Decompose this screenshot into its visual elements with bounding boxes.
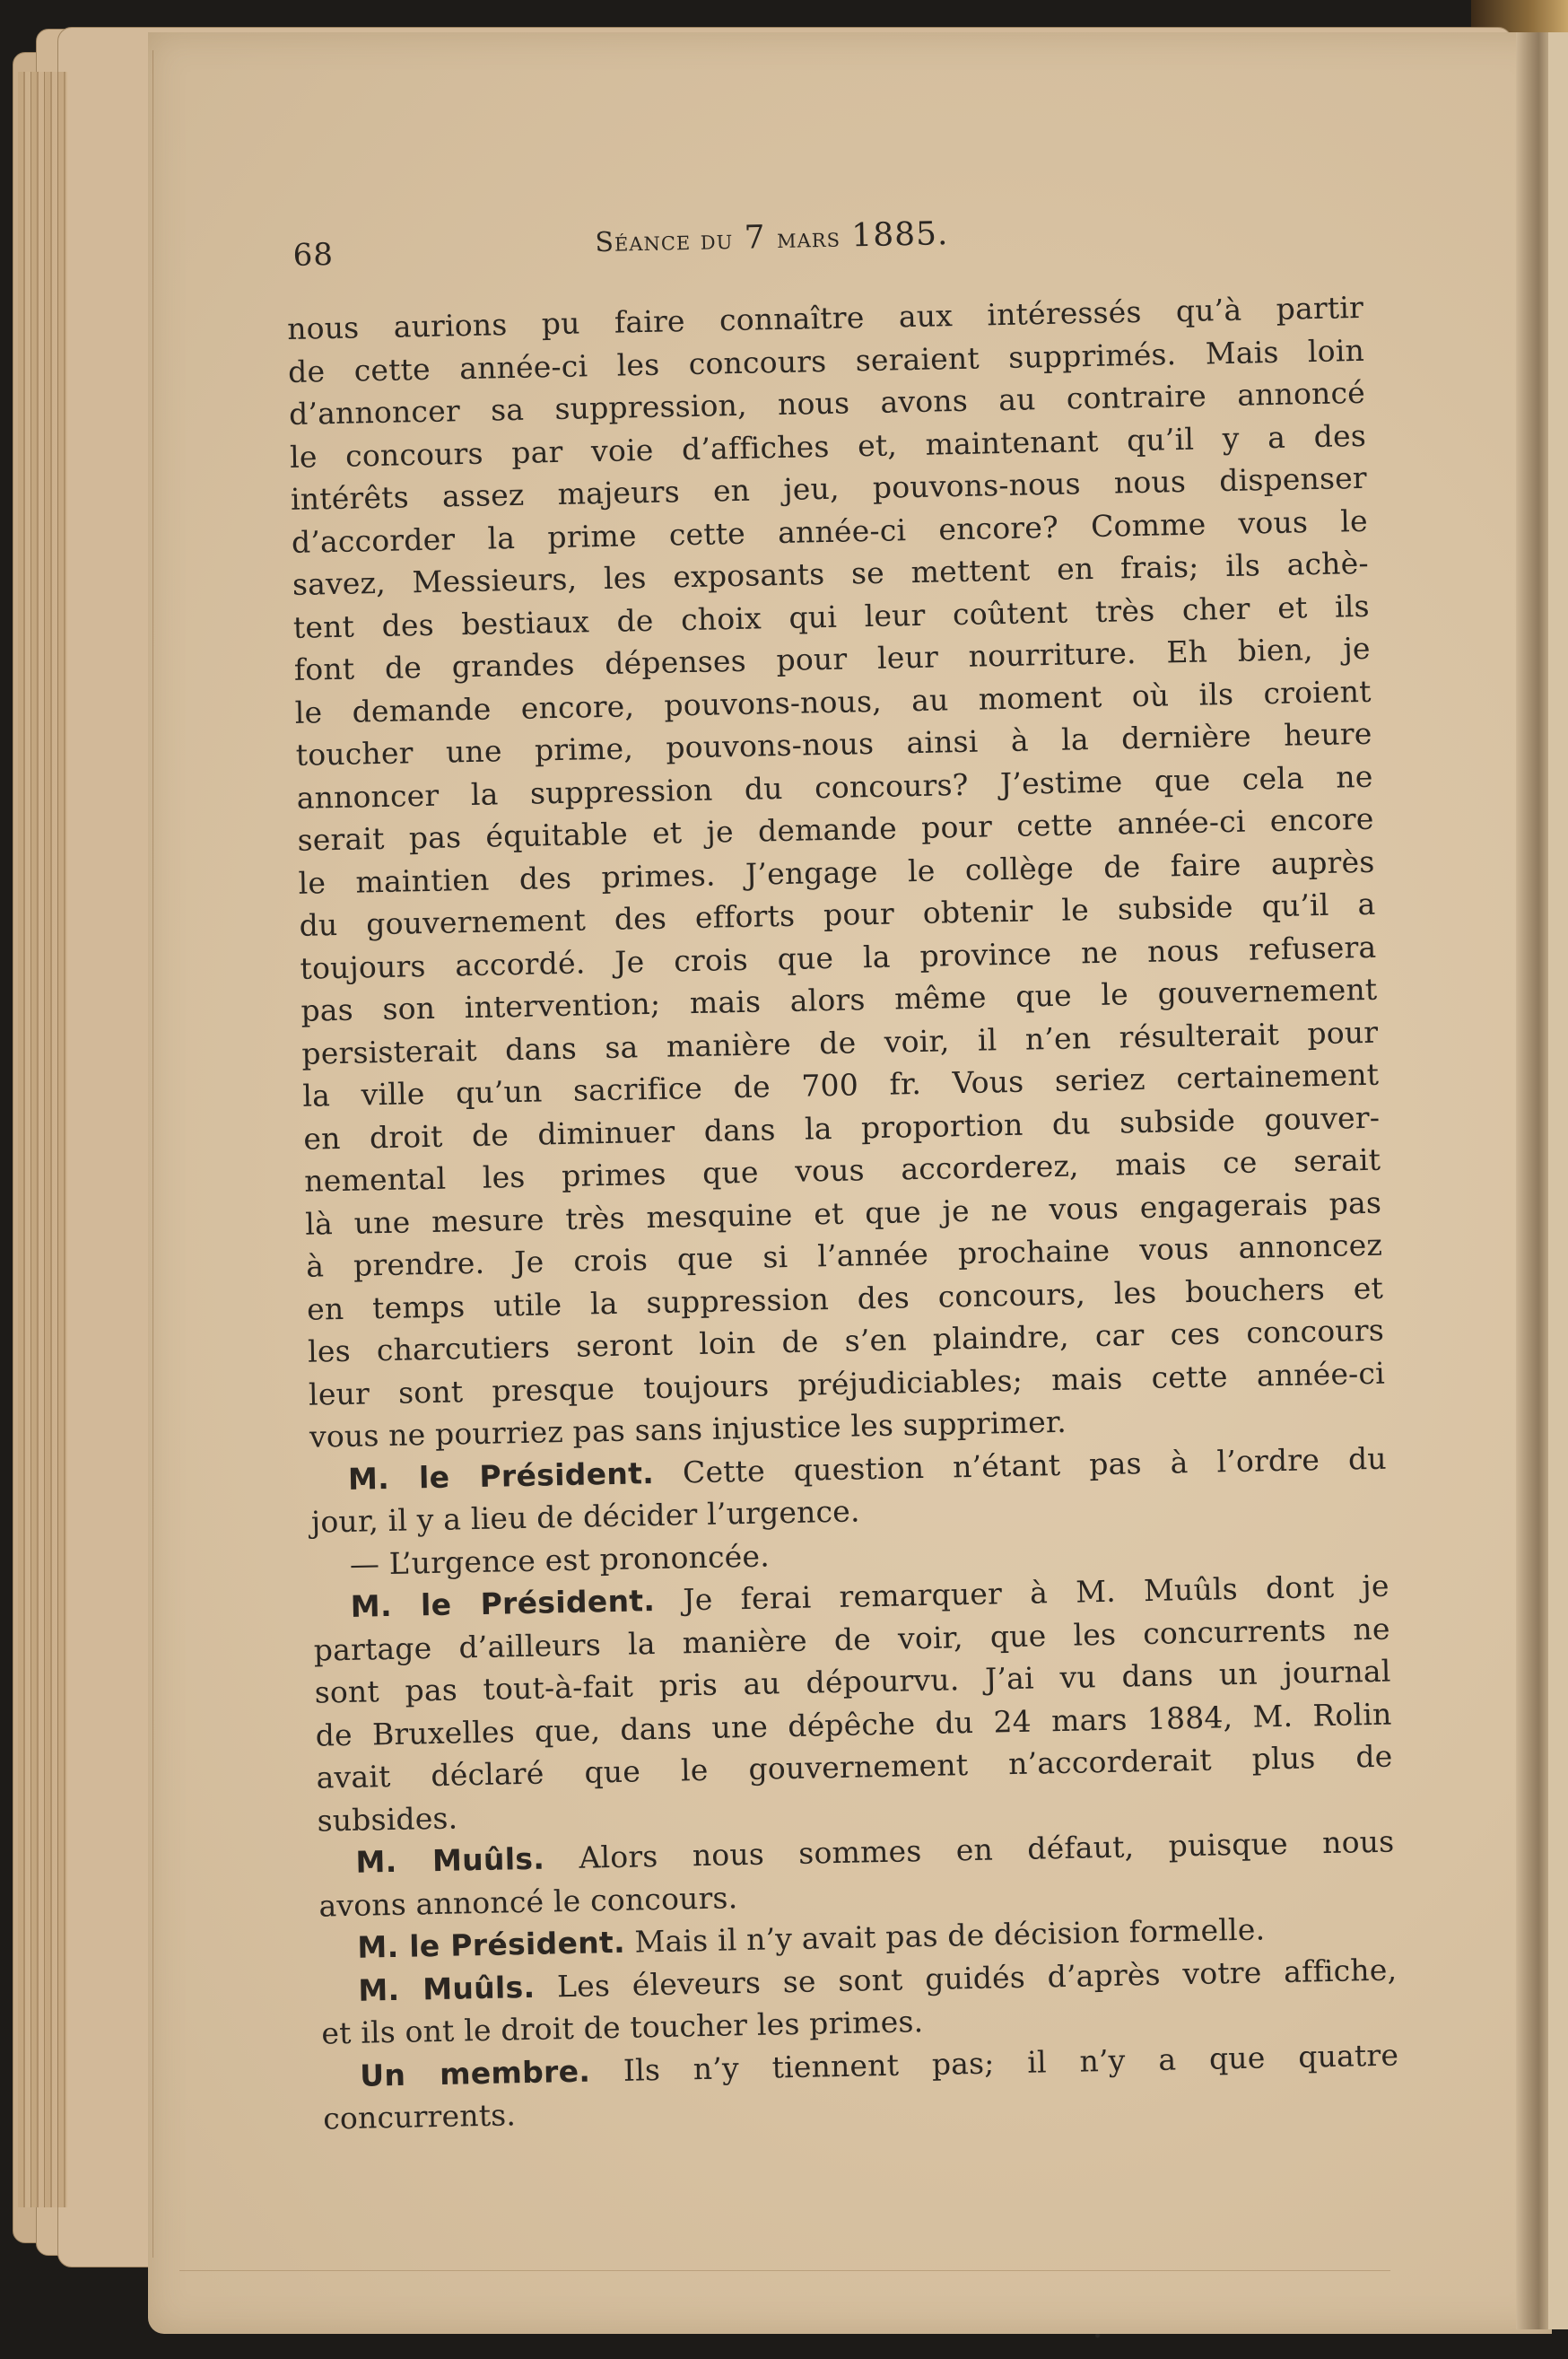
speaker-name: M. Muûls. — [355, 1841, 544, 1880]
line-text: concurrents. — [323, 2097, 517, 2136]
running-title-prefix: Séance du — [595, 224, 734, 258]
speaker-name: M. le Président. — [350, 1583, 655, 1624]
speaker-name: M. le Président. — [357, 1925, 625, 1965]
running-title-day: 7 — [744, 219, 766, 256]
running-title: Séance du 7 mars 1885. — [595, 215, 949, 259]
body-text: nous aurions pu faire connaître aux inté… — [287, 286, 1400, 2140]
page-text-block: 68 Séance du 7 mars 1885. nous aurions p… — [285, 207, 1400, 2140]
facing-page-edge — [1548, 32, 1568, 2329]
book-gutter — [1516, 32, 1548, 2329]
page-number: 68 — [292, 237, 334, 274]
speech-paragraph: M. le Président. Je ferai remarquer à M.… — [312, 1565, 1393, 1842]
running-title-month: mars — [777, 223, 841, 255]
text-paragraph: nous aurions pu faire connaître aux inté… — [287, 286, 1386, 1458]
line-text: jour, il y a lieu de décider l’urgence. — [311, 1493, 860, 1539]
speaker-name: Un membre. — [360, 2053, 591, 2093]
speaker-name: M. Muûls. — [358, 1969, 536, 2007]
speaker-name: M. le Président. — [348, 1455, 655, 1497]
line-text: et ils ont le droit de toucher les prime… — [321, 2004, 924, 2050]
page-crease — [179, 2270, 1390, 2271]
page-stack-edges — [18, 72, 67, 2207]
running-title-year: 1885. — [851, 215, 949, 254]
page-fold-line — [152, 50, 153, 2258]
line-text: subsides. — [317, 1800, 457, 1838]
line-text: — L’urgence est prononcée. — [349, 1538, 770, 1581]
line-text: avons annoncé le concours. — [318, 1880, 738, 1923]
